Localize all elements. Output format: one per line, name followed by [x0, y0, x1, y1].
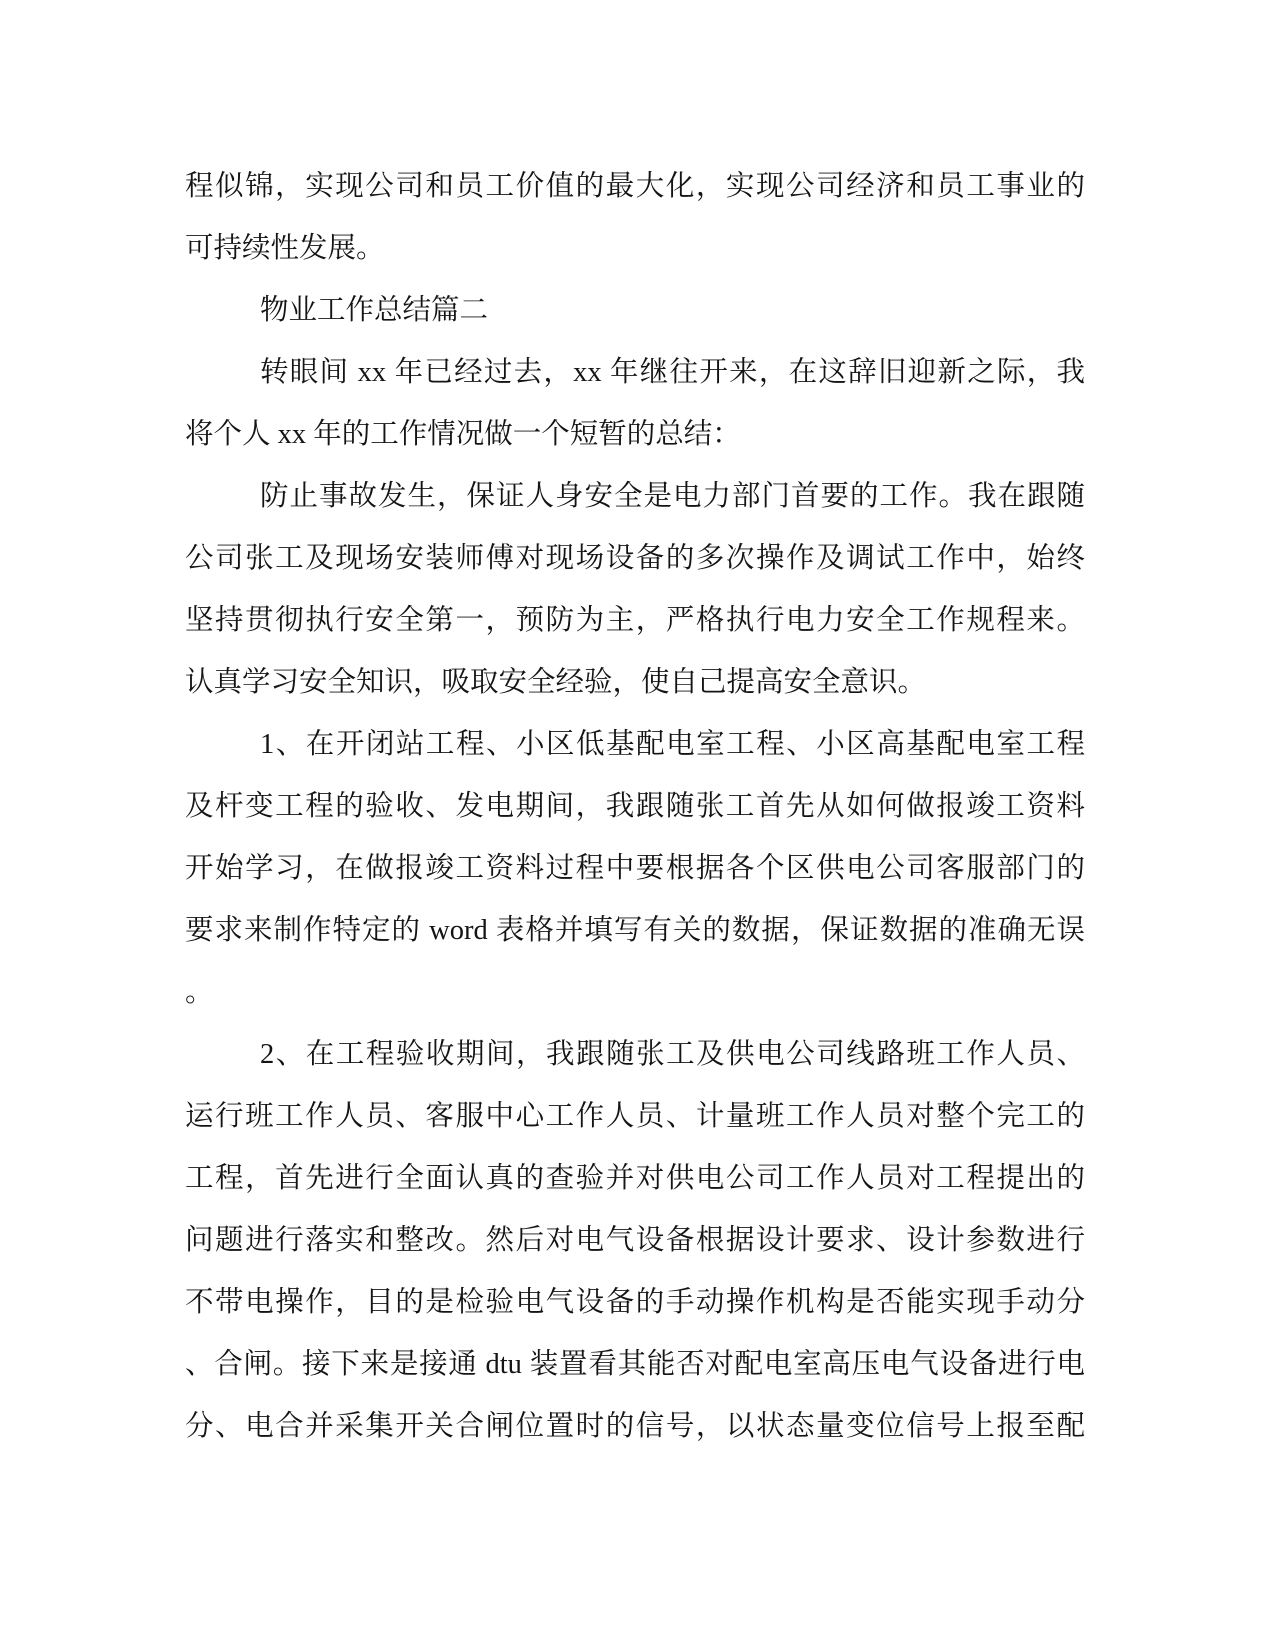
- text-line: 程似锦，实现公司和员工价值的最大化，实现公司经济和员工事业的: [185, 156, 1085, 218]
- text-line: 不带电操作，目的是检验电气设备的手动操作机构是否能实现手动分: [185, 1272, 1085, 1334]
- text-line: 要求来制作特定的 word 表格并填写有关的数据，保证数据的准确无误: [185, 900, 1085, 962]
- text-line: 转眼间 xx 年已经过去，xx 年继往开来，在这辞旧迎新之际，我: [185, 342, 1085, 404]
- text-line: 公司张工及现场安装师傅对现场设备的多次操作及调试工作中，始终: [185, 528, 1085, 590]
- text-line: 及杆变工程的验收、发电期间，我跟随张工首先从如何做报竣工资料: [185, 776, 1085, 838]
- text-line: 物业工作总结篇二: [185, 280, 1085, 342]
- text-line: 分、电合并采集开关合闸位置时的信号，以状态量变位信号上报至配: [185, 1396, 1085, 1458]
- text-line: 运行班工作人员、客服中心工作人员、计量班工作人员对整个完工的: [185, 1086, 1085, 1148]
- text-line: 工程，首先进行全面认真的查验并对供电公司工作人员对工程提出的: [185, 1148, 1085, 1210]
- document-content: 程似锦，实现公司和员工价值的最大化，实现公司经济和员工事业的可持续性发展。物业工…: [185, 156, 1085, 1458]
- text-line: 开始学习，在做报竣工资料过程中要根据各个区供电公司客服部门的: [185, 838, 1085, 900]
- text-line: 认真学习安全知识，吸取安全经验，使自己提高安全意识。: [185, 652, 1085, 714]
- text-line: 防止事故发生，保证人身安全是电力部门首要的工作。我在跟随: [185, 466, 1085, 528]
- text-line: 将个人 xx 年的工作情况做一个短暂的总结：: [185, 404, 1085, 466]
- text-line: 可持续性发展。: [185, 218, 1085, 280]
- document-page: 程似锦，实现公司和员工价值的最大化，实现公司经济和员工事业的可持续性发展。物业工…: [0, 0, 1275, 1650]
- text-line: 问题进行落实和整改。然后对电气设备根据设计要求、设计参数进行: [185, 1210, 1085, 1272]
- text-line: 。: [185, 962, 1085, 1024]
- text-line: 、合闸。接下来是接通 dtu 装置看其能否对配电室高压电气设备进行电: [185, 1334, 1085, 1396]
- text-line: 坚持贯彻执行安全第一，预防为主，严格执行电力安全工作规程来。: [185, 590, 1085, 652]
- text-line: 2、在工程验收期间，我跟随张工及供电公司线路班工作人员、: [185, 1024, 1085, 1086]
- text-line: 1、在开闭站工程、小区低基配电室工程、小区高基配电室工程: [185, 714, 1085, 776]
